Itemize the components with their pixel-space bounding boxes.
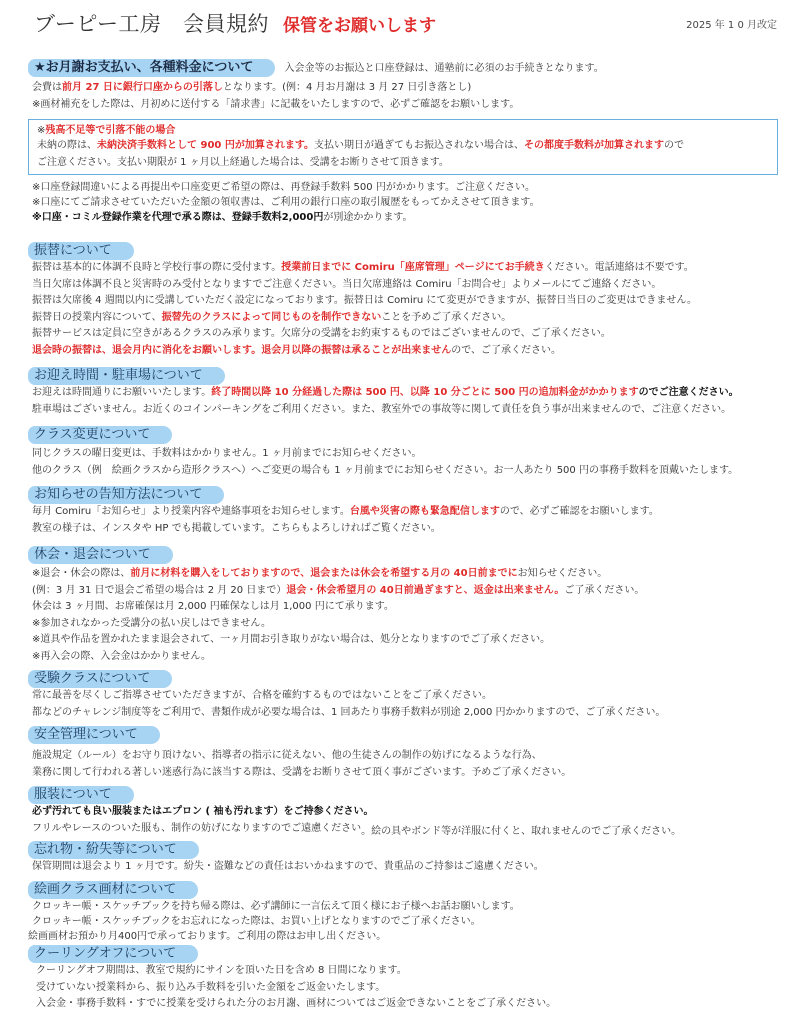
- section-lost-items: 忘れ物・紛失等について 保管期間は退会より 1 ヶ月です。紛失・盗難などの責任は…: [28, 838, 779, 876]
- bold-text: のでご注意ください。: [639, 387, 739, 398]
- safety-line-1: 施設規定（ルール）をお守り頂けない、指導者の指示に従えない、他の生徒さんの制作の…: [28, 748, 779, 765]
- transfer-line-5: 振替サービスは定員に空きがあるクラスのみ承ります。欠席分の受講をお約束するもので…: [28, 326, 779, 343]
- section-heading: 絵画クラス画材について: [28, 881, 198, 899]
- notice-box-title: ※残高不足等で引落不能の場合: [37, 123, 777, 138]
- transfer-line-2: 当日欠席は体調不良と災害時のみ受付となりますでご注意ください。当日欠席連絡は C…: [28, 277, 779, 294]
- materials-line-1: クロッキー帳・スケッチブックを持ち帰る際は、必ず講師に一言伝えて頂く様にお子様へ…: [28, 899, 779, 914]
- notice-box-line-1: 未納の際は、未納決済手数料として 900 円が加算されます。支払い期日が過ぎても…: [37, 138, 777, 155]
- text: ことを予めご了承ください。: [381, 312, 511, 323]
- highlight-text: 終了時間以降 10 分経過した際は 500 円、以降 10 分ごとに 500 円…: [211, 387, 638, 398]
- text: お迎えは時間通りにお願いいたします。: [32, 387, 211, 398]
- exam-line-2: 都などのチャレンジ制度等をご利用で、書類作成が必要な場合は、1 回あたり事務手数…: [28, 705, 779, 722]
- page-subtitle: 保管をお願いします: [283, 11, 436, 36]
- section-heading: 安全管理について: [28, 726, 160, 744]
- section-payment: ★お月謝お支払い、各種料金について 入会金等のお振込と口座登録は、通塾前に必須の…: [28, 56, 779, 113]
- text: ご了承ください。: [564, 585, 644, 596]
- section-heading: 休会・退会について: [28, 546, 173, 564]
- section-heading: 振替について: [28, 242, 134, 260]
- text: 毎月 Comiru「お知らせ」より授業内容や連絡事項をお知らせします。: [32, 506, 350, 517]
- section-heading: 忘れ物・紛失等について: [28, 841, 199, 859]
- leave-line-5: ※道具や作品を置かれたまま退会されて、一ヶ月間お引き取りがない場合は、処分となり…: [28, 632, 779, 649]
- section-pickup-parking: お迎え時間・駐車場について お迎えは時間通りにお願いいたします。終了時間以降 1…: [28, 364, 779, 418]
- highlight-text: 退会・休会希望月の 40日前過ぎますと、返金は出来ません。: [286, 585, 564, 596]
- text: フリルやレースのついた服も、制作の妨げになりますのでご遠慮ください: [32, 823, 361, 834]
- section-drawing-materials: 絵画クラス画材について クロッキー帳・スケッチブックを持ち帰る際は、必ず講師に一…: [28, 878, 779, 944]
- title-row: ブーピー工房 会員規約 保管をお願いします: [34, 8, 436, 40]
- text: ので、必ずご確認をお願いします。: [500, 506, 659, 517]
- section-leave-withdraw: 休会・退会について ※退会・休会の際は、前月に材料を購入をしておりますので、退会…: [28, 543, 779, 665]
- section-class-change: クラス変更について 同じクラスの曜日変更は、手数料はかかりません。1 ヶ月前まで…: [28, 423, 779, 479]
- section-exam-class: 受験クラスについて 常に最善を尽くしご指導させていただきますが、合格を確約するも…: [28, 667, 779, 721]
- section-heading: 受験クラスについて: [28, 670, 172, 688]
- pickup-line-1: お迎えは時間通りにお願いいたします。終了時間以降 10 分経過した際は 500 …: [28, 385, 779, 402]
- page-title: ブーピー工房 会員規約: [34, 8, 269, 38]
- payment-note-2: ※口座にてご請求させていただいた金額の領収書は、ご利用の銀行口座の取引履歴をもっ…: [28, 195, 779, 210]
- highlight-text: その都度手数料が加算されます: [524, 140, 664, 151]
- cooling-off-line-1: クーリングオフ期間は、教室で規約にサインを頂いた日を含め 8 日間になります。: [28, 963, 779, 980]
- bold-text: 必ず汚れても良い服装またはエプロン ( 袖も汚れます）をご持参ください。: [32, 806, 374, 817]
- leave-line-6: ※再入会の際、入会金はかかりません。: [28, 649, 779, 666]
- text: お知らせください。: [518, 568, 608, 579]
- text: が別途かかります。: [323, 212, 412, 223]
- section-heading: ★お月謝お支払い、各種料金について: [28, 59, 275, 77]
- text: 振替日の授業内容について、: [32, 312, 162, 323]
- section-safety: 安全管理について 施設規定（ルール）をお守り頂けない、指導者の指示に従えない、他…: [28, 723, 779, 781]
- highlight-text: 台風や災害の際も緊急配信します: [350, 506, 500, 517]
- text: ※退会・休会の際は、: [32, 568, 130, 579]
- text: 。絵の具やボンド等が洋服に付くと、取れませんのでご了承ください。: [361, 826, 681, 837]
- cooling-off-line-3: 入会金・事務手数料・すでに授業を受けられた分のお月謝、画材についてはご返金できな…: [28, 996, 779, 1013]
- leave-line-3: 休会は 3 ヶ月間、お席確保は月 2,000 円確保なしは月 1,000 円にて…: [28, 599, 779, 616]
- notice-box-insufficient-funds: ※残高不足等で引落不能の場合 未納の際は、未納決済手数料として 900 円が加算…: [28, 119, 778, 175]
- section-heading: お迎え時間・駐車場について: [28, 367, 225, 385]
- text: ください。電話連絡は不要です。: [545, 262, 694, 273]
- text: ので: [664, 140, 684, 151]
- text: 未納の際は、: [37, 140, 97, 151]
- section-heading: 服装について: [28, 786, 134, 804]
- highlight-text: 振替先のクラスによって同じものを制作できない: [162, 312, 382, 323]
- section-heading: クラス変更について: [28, 426, 172, 444]
- leave-line-4: ※参加されなかった受講分の払い戻しはできません。: [28, 616, 779, 633]
- section-heading: お知らせの告知方法について: [28, 486, 224, 504]
- revision-date: 2025 年 1 0 月改定: [686, 16, 777, 31]
- text: ので、ご了承ください。: [451, 345, 561, 356]
- highlight-text: 残高不足等で引落不能の場合: [45, 125, 175, 136]
- text: 支払い期日が過ぎてもお振込されない場合は、: [314, 140, 524, 151]
- highlight-text: 前月 27 日に銀行口座からの引落し: [62, 82, 223, 93]
- notice-line-2: 教室の様子は、インスタや HP でも掲載しています。こちらもよろしければご覧くだ…: [28, 521, 779, 538]
- transfer-line-4: 振替日の授業内容について、振替先のクラスによって同じものを制作できないことを予め…: [28, 310, 779, 327]
- notice-box-line-2: ご注意ください。支払い期限が 1 ヶ月以上経過した場合は、受講をお断りさせて頂き…: [37, 155, 777, 172]
- safety-line-2: 業務に関して行われる著しい迷惑行為に該当する際は、受講をお断りさせて頂く事がござ…: [28, 765, 779, 782]
- notice-line-1: 毎月 Comiru「お知らせ」より授業内容や連絡事項をお知らせします。台風や災害…: [28, 504, 779, 521]
- section-heading: クーリングオフについて: [28, 945, 198, 963]
- clothing-line-1: 必ず汚れても良い服装またはエプロン ( 袖も汚れます）をご持参ください。: [28, 804, 779, 821]
- transfer-line-6: 退会時の振替は、退会月内に消化をお願いします。退会月以降の振替は承ることが出来ま…: [28, 343, 779, 360]
- payment-line-2: ※画材補充をした際は、月初めに送付する「請求書」に記載をいたしますので、必ずご確…: [28, 97, 779, 114]
- transfer-line-1: 振替は基本的に体調不良時と学校行事の際に受付ます。授業前日までに Comiru「…: [28, 260, 779, 277]
- leave-line-1: ※退会・休会の際は、前月に材料を購入をしておりますので、退会または休会を希望する…: [28, 566, 779, 583]
- section-notice-method: お知らせの告知方法について 毎月 Comiru「お知らせ」より授業内容や連絡事項…: [28, 483, 779, 537]
- payment-note-1: ※口座登録間違いによる再提出や口座変更ご希望の際は、再登録手数料 500 円がか…: [28, 180, 779, 195]
- leave-line-2: (例：3 月 31 日で退会ご希望の場合は 2 月 20 日まで）退会・休会希望…: [28, 583, 779, 600]
- payment-notes: ※口座登録間違いによる再提出や口座変更ご希望の際は、再登録手数料 500 円がか…: [28, 180, 779, 225]
- bold-text: ※口座・コミル登録作業を代理で承る際は、登録手数料2,000円: [32, 212, 323, 223]
- lost-line-1: 保管期間は退会より 1 ヶ月です。紛失・盗難などの責任はおいかねますので、貴重品…: [28, 859, 779, 876]
- payment-intro: 入会金等のお振込と口座登録は、通塾前に必須のお手続きとなります。: [285, 63, 604, 74]
- highlight-text: 未納決済手数料として 900 円が加算されます。: [97, 140, 314, 151]
- class-change-line-2: 他のクラス（例 絵画クラスから造形クラスへ）へご変更の場合も 1 ヶ月前までにお…: [28, 463, 779, 480]
- class-change-line-1: 同じクラスの曜日変更は、手数料はかかりません。1 ヶ月前までにお知らせください。: [28, 446, 779, 463]
- payment-note-3: ※口座・コミル登録作業を代理で承る際は、登録手数料2,000円が別途かかります。: [28, 210, 779, 225]
- terms-document: ブーピー工房 会員規約 保管をお願いします 2025 年 1 0 月改定 ★お月…: [0, 0, 799, 1024]
- pickup-line-2: 駐車場はございません。お近くのコインパーキングをご利用ください。また、教室外での…: [28, 402, 779, 419]
- cooling-off-line-2: 受けていない授業料から、振り込み手数料を引いた金額をご返金いたします。: [28, 980, 779, 997]
- text: (例：3 月 31 日で退会ご希望の場合は 2 月 20 日まで）: [32, 585, 286, 596]
- transfer-line-3: 振替は欠席後 4 週間以内に受講していただく設定になっております。振替日は Co…: [28, 293, 779, 310]
- highlight-text: 授業前日までに Comiru「座席管理」ページにてお手続き: [281, 262, 544, 273]
- text: 会費は: [32, 82, 62, 93]
- section-cooling-off: クーリングオフについて クーリングオフ期間は、教室で規約にサインを頂いた日を含め…: [28, 942, 779, 1013]
- clothing-line-2: フリルやレースのついた服も、制作の妨げになりますのでご遠慮ください。絵の具やボン…: [28, 821, 779, 838]
- materials-line-2: クロッキー帳・スケッチブックをお忘れになった際は、お買い上げとなりますのでご了承…: [28, 914, 779, 929]
- section-clothing: 服装について 必ず汚れても良い服装またはエプロン ( 袖も汚れます）をご持参くだ…: [28, 783, 779, 837]
- exam-line-1: 常に最善を尽くしご指導させていただきますが、合格を確約するものではないことをご了…: [28, 688, 779, 705]
- text: となります。(例：4 月お月謝は 3 月 27 日引き落とし): [223, 82, 471, 93]
- text: 振替は基本的に体調不良時と学校行事の際に受付ます。: [32, 262, 281, 273]
- highlight-text: 退会時の振替は、退会月内に消化をお願いします。退会月以降の振替は承ることが出来ま…: [32, 345, 451, 356]
- section-transfer: 振替について 振替は基本的に体調不良時と学校行事の際に受付ます。授業前日までに …: [28, 239, 779, 359]
- highlight-text: 前月に材料を購入をしておりますので、退会または休会を希望する月の 40日前までに: [130, 568, 517, 579]
- payment-line-1: 会費は前月 27 日に銀行口座からの引落しとなります。(例：4 月お月謝は 3 …: [28, 80, 779, 97]
